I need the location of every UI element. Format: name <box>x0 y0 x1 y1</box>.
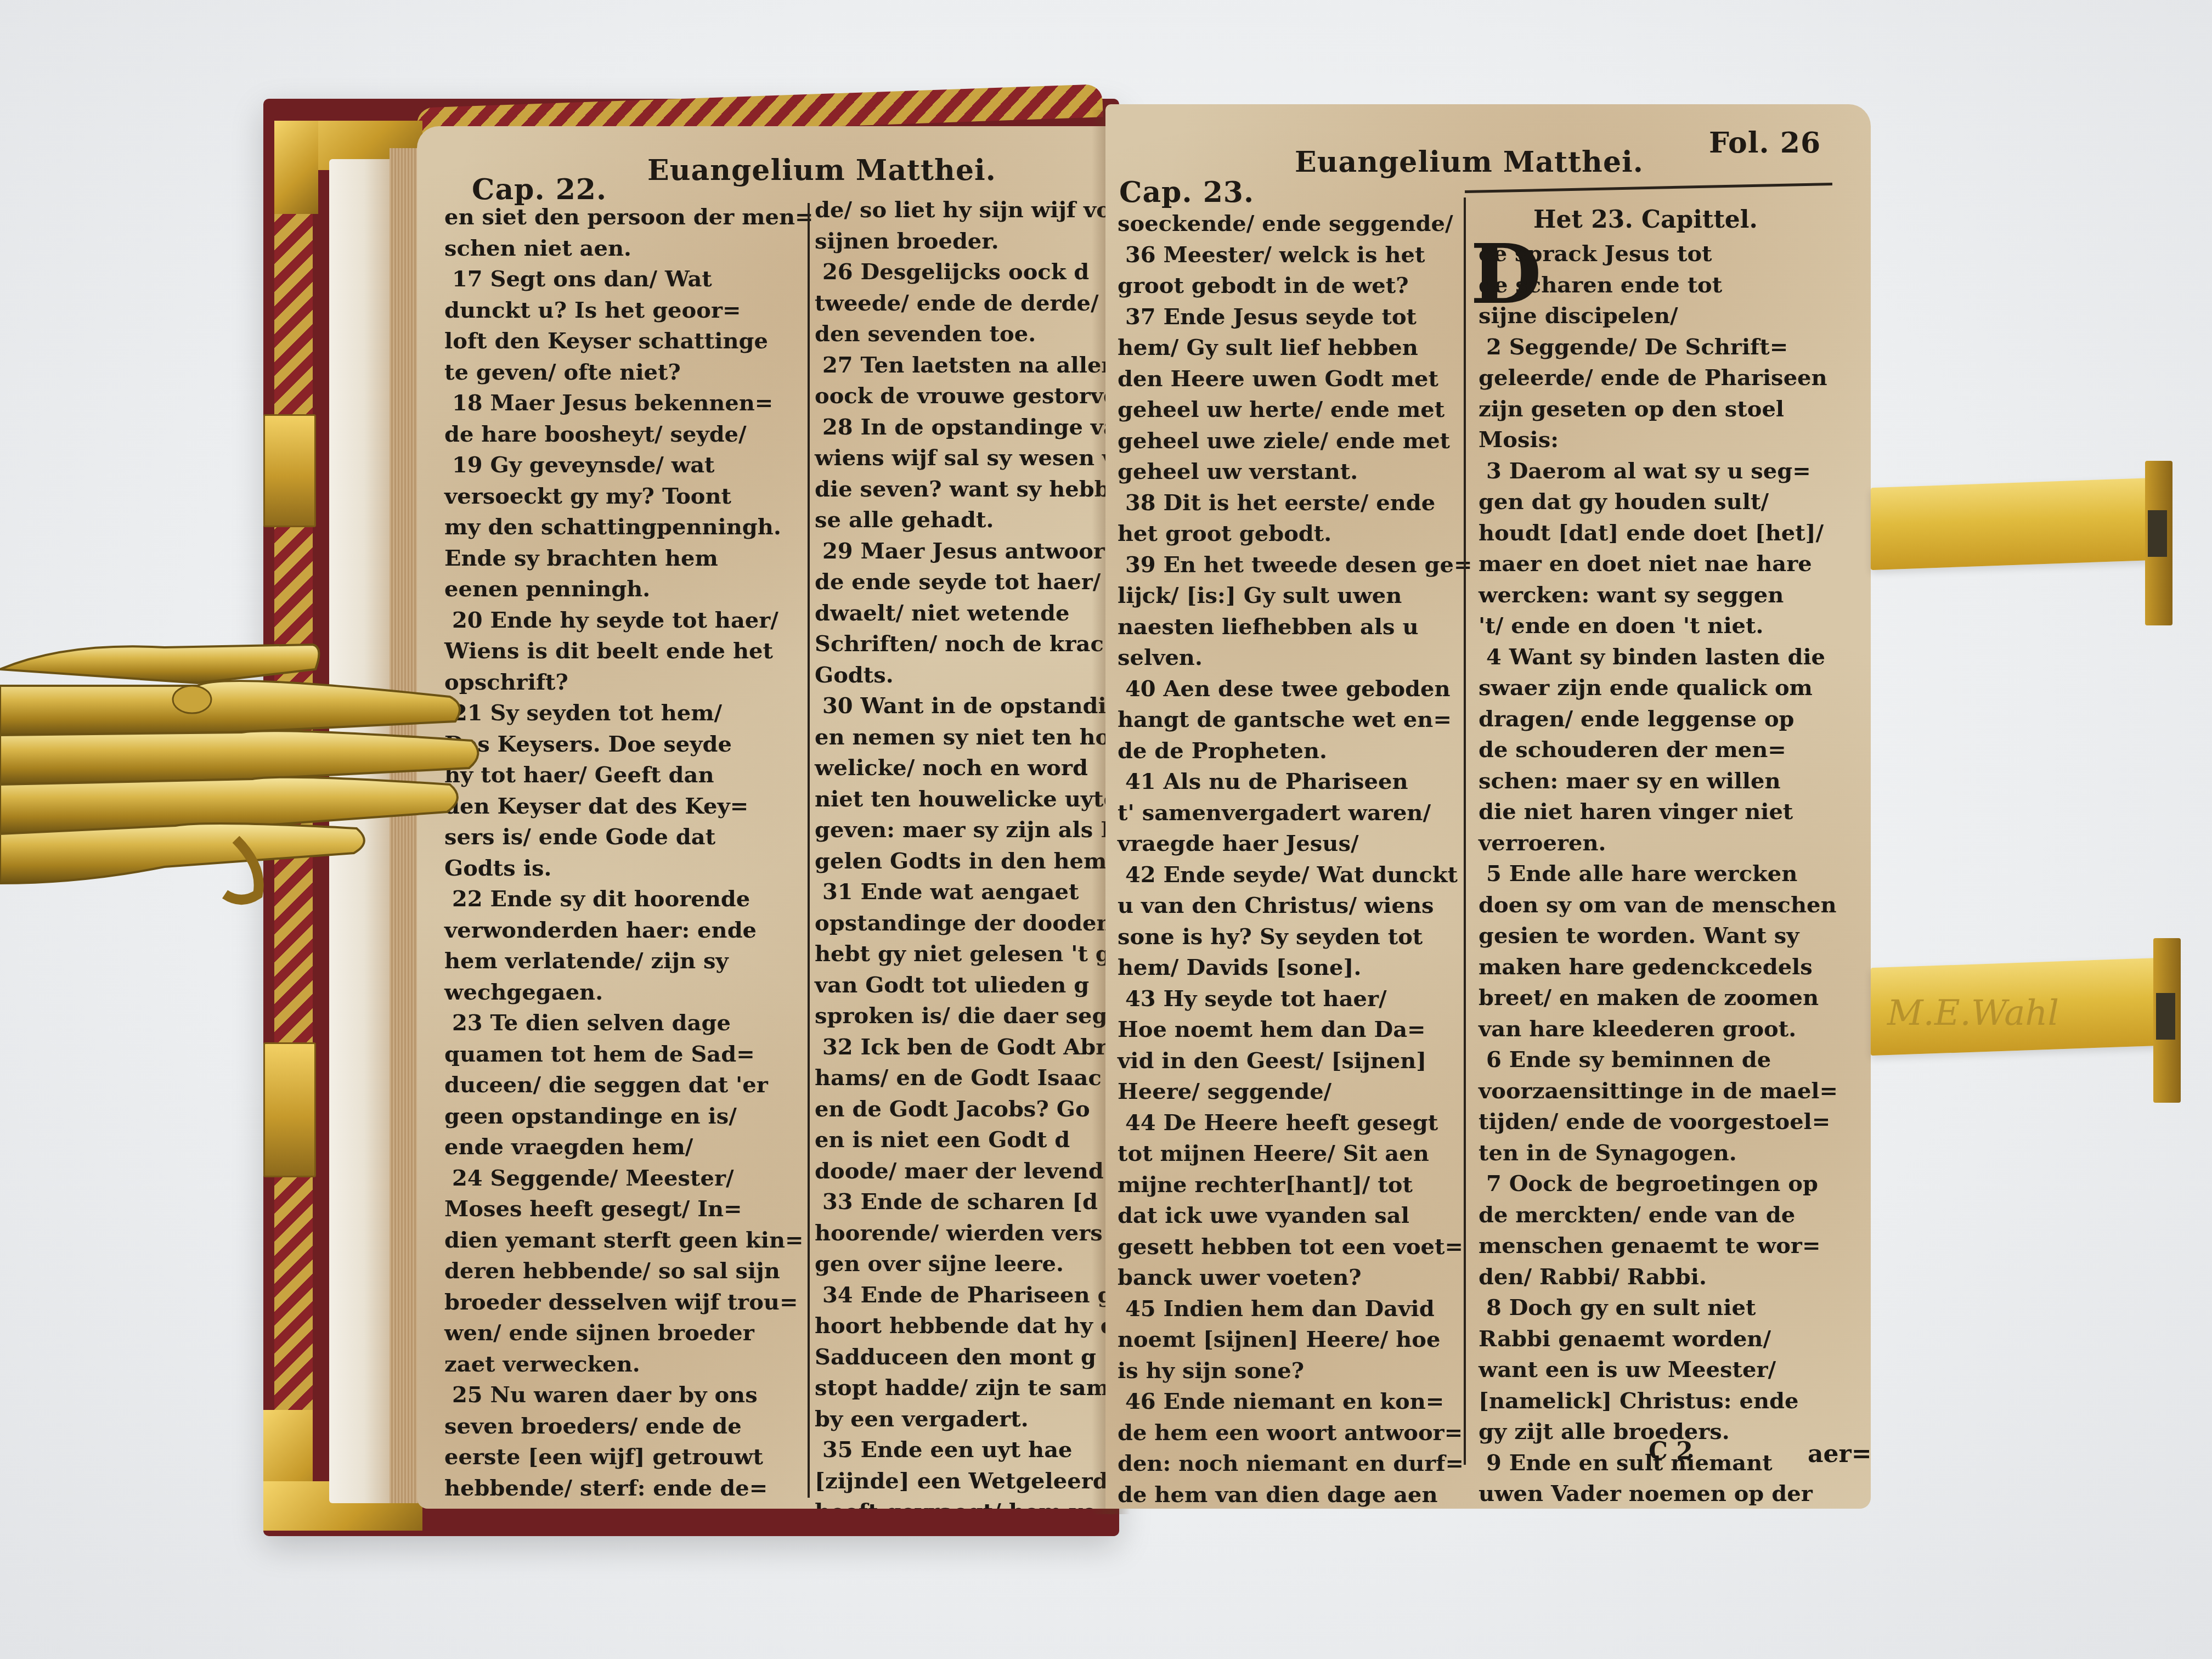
text-line: Ende sy brachten hem <box>444 543 785 574</box>
text-line: de merckten/ ende van de <box>1479 1200 1863 1231</box>
text-line: hem/ Gy sult lief hebben <box>1118 332 1458 364</box>
text-line: niet ten houwelicke uytg <box>815 784 1125 815</box>
text-line: geleerde/ ende de Phariseen <box>1479 363 1863 394</box>
folio-number: Fol. 26 <box>1709 126 1821 160</box>
right-page: Cap. 23. Euangelium Matthei. Fol. 26 soe… <box>1105 104 1871 1509</box>
text-line: 21 Sy seyden tot hem/ <box>444 698 785 729</box>
text-line: zijn geseten op den stoel <box>1479 394 1863 425</box>
text-line: 45 Indien hem dan David <box>1118 1294 1458 1325</box>
text-line: 43 Hy seyde tot haer/ <box>1118 984 1458 1015</box>
text-line: breet/ en maken de zoomen <box>1479 983 1863 1014</box>
text-line: ten in de Synagogen. <box>1479 1138 1863 1169</box>
text-line: 32 Ick ben de Godt Abr <box>815 1032 1125 1063</box>
text-line: de de Propheten. <box>1118 736 1458 767</box>
text-line: wen/ ende sijnen broeder <box>444 1318 785 1349</box>
text-line: geheel uwe ziele/ ende met <box>1118 426 1458 457</box>
text-line: 18 Maer Jesus bekennen= <box>444 388 785 419</box>
left-page: Cap. 22. Euangelium Matthei. en siet den… <box>417 126 1125 1509</box>
text-line: 28 In de opstandinge van <box>815 412 1125 443</box>
text-line: t' samenvergadert waren/ <box>1118 798 1458 829</box>
brass-hand-page-holder <box>0 609 483 916</box>
text-line: gesien te worden. Want sy <box>1479 921 1863 952</box>
text-line: soeckende/ ende seggende/ <box>1118 208 1458 240</box>
text-line: dwaelt/ niet wetende <box>815 598 1125 629</box>
text-line: 34 Ende de Phariseen g <box>815 1280 1125 1311</box>
text-line: welicke/ noch en word <box>815 753 1125 784</box>
text-line: houdt [dat] ende doet [het]/ <box>1479 518 1863 549</box>
text-line: de scharen ende tot <box>1479 270 1863 301</box>
text-line: wercken: want sy seggen <box>1479 580 1863 611</box>
catchword: aer= <box>1808 1440 1871 1468</box>
text-line: den: noch niemant en durf= <box>1118 1448 1458 1480</box>
clasp-hinge-lower <box>2156 993 2175 1040</box>
text-line: van hare kleederen groot. <box>1479 1014 1863 1045</box>
text-line: eenen penningh. <box>444 574 785 605</box>
text-line: 23 Te dien selven dage <box>444 1008 785 1039</box>
text-line: 27 Ten laetsten na allen <box>815 350 1125 381</box>
text-line: sers is/ ende Gode dat <box>444 822 785 853</box>
text-line: Rabbi genaemt worden/ <box>1479 1324 1863 1355</box>
text-line: Wiens is dit beelt ende het <box>444 636 785 667</box>
text-line: heeft gevraegt/ hem ve <box>815 1497 1125 1509</box>
text-line: 41 Als nu de Phariseen <box>1118 766 1458 798</box>
text-line: Godts. <box>815 660 1125 691</box>
text-line: die niet haren vinger niet <box>1479 797 1863 828</box>
column-divider <box>808 203 810 1498</box>
text-line: de hare boosheyt/ seyde/ <box>444 419 785 450</box>
clasp-catch-lower <box>263 1042 316 1177</box>
text-line: van Godt tot ulieden g <box>815 970 1125 1001</box>
text-line: oe sprack Jesus tot <box>1479 239 1863 270</box>
text-line: het groot gebodt. <box>1118 518 1458 550</box>
text-line: geheel uw verstant. <box>1118 456 1458 488</box>
text-line: Sadduceen den mont g <box>815 1342 1125 1373</box>
text-line: banck uwer voeten? <box>1118 1262 1458 1294</box>
text-line: opschrift? <box>444 667 785 698</box>
text-line: eerste [een wijf] getrouwt <box>444 1442 785 1473</box>
text-line: want een is uw Meester/ <box>1479 1355 1863 1386</box>
left-page-column-1: en siet den persoon der men=schen niet a… <box>444 202 785 1509</box>
text-line: 26 Desgelijcks oock d <box>815 257 1125 288</box>
right-chapter-label: Cap. 23. <box>1119 176 1254 209</box>
signature-mark: C 2 <box>1649 1437 1693 1465</box>
text-line: tweede/ ende de derde/ to <box>815 288 1125 319</box>
text-line: voorzaensittinge in de mael= <box>1479 1076 1863 1107</box>
text-line: groot gebodt in de wet? <box>1118 270 1458 302</box>
text-line: schen niet aen. <box>444 233 785 264</box>
text-line: de ende seyde tot haer/ G <box>815 567 1125 598</box>
text-line: 29 Maer Jesus antwoor <box>815 536 1125 567</box>
text-line: 7 Oock de begroetingen op <box>1479 1169 1863 1200</box>
text-line: 19 Gy geveynsde/ wat <box>444 450 785 481</box>
text-line: 39 En het tweede desen ge= <box>1118 550 1458 581</box>
text-line: hoort hebbende dat hy d <box>815 1311 1125 1342</box>
text-line: geen opstandinge en is/ <box>444 1101 785 1132</box>
text-line: hem/ Davids [sone]. <box>1118 952 1458 984</box>
text-line: versoeckt gy my? Toont <box>444 481 785 512</box>
text-line: dien yemant sterft geen kin= <box>444 1225 785 1256</box>
text-line: 3 Daerom al wat sy u seg= <box>1479 456 1863 487</box>
text-line: 8 Doch gy en sult niet <box>1479 1293 1863 1324</box>
text-line: verwonderden haer: ende <box>444 915 785 946</box>
text-line: doode/ maer der levend <box>815 1156 1125 1187</box>
text-line: 25 Nu waren daer by ons <box>444 1380 785 1411</box>
text-line: dragen/ ende leggense op <box>1479 704 1863 735</box>
text-line: noemt [sijnen] Heere/ hoe <box>1118 1324 1458 1356</box>
text-line: 42 Ende seyde/ Wat dunckt <box>1118 860 1458 891</box>
text-line: sproken is/ die daer seg <box>815 1001 1125 1032</box>
text-line: 17 Segt ons dan/ Wat <box>444 264 785 295</box>
text-line: lijck/ [is:] Gy sult uwen <box>1118 580 1458 612</box>
text-line: wijle hy geen zaet en had= <box>444 1504 785 1509</box>
text-line: 4 Want sy binden lasten die <box>1479 642 1863 673</box>
text-line: gesett hebben tot een voet= <box>1118 1232 1458 1263</box>
text-line: 31 Ende wat aengaet <box>815 877 1125 908</box>
text-line: Moses heeft gesegt/ In= <box>444 1194 785 1225</box>
text-line: de hem een woort antwoor= <box>1118 1418 1458 1449</box>
text-line: sijne discipelen/ <box>1479 301 1863 332</box>
text-line: 24 Seggende/ Meester/ <box>444 1163 785 1194</box>
text-line: naesten liefhebben als u <box>1118 612 1458 643</box>
text-line: stopt hadde/ zijn te sam <box>815 1373 1125 1404</box>
text-line: swaer zijn ende qualick om <box>1479 673 1863 704</box>
text-line: vid in den Geest/ [sijnen] <box>1118 1046 1458 1077</box>
text-line: geheel uw herte/ ende met <box>1118 394 1458 426</box>
clasp-hinge-upper <box>2148 510 2167 557</box>
text-line: [namelick] Christus: ende <box>1479 1386 1863 1417</box>
text-line: 30 Want in de opstandin <box>815 691 1125 722</box>
text-line: oock de vrouwe gestorven <box>815 381 1125 412</box>
text-line: maer en doet niet nae hare <box>1479 549 1863 580</box>
left-chapter-label: Cap. 22. <box>472 173 607 206</box>
text-line: en de Godt Jacobs? Go <box>815 1094 1125 1125</box>
text-line: is hy sijn sone? <box>1118 1356 1458 1387</box>
text-line: menschen genaemt te wor= <box>1479 1231 1863 1262</box>
text-line: 2 Seggende/ De Schrift= <box>1479 332 1863 363</box>
text-line: geven: maer sy zijn als En <box>815 815 1125 846</box>
text-line: Schriften/ noch de krac <box>815 629 1125 660</box>
text-line: selven. <box>1118 642 1458 674</box>
chapter-heading: Het 23. Capittel. <box>1533 206 1758 234</box>
text-line: te geven/ ofte niet? <box>444 357 785 388</box>
text-line: tot mijnen Heere/ Sit aen <box>1118 1138 1458 1170</box>
text-line: 38 Dit is het eerste/ ende <box>1118 488 1458 519</box>
text-line: mijne rechter[hant]/ tot <box>1118 1170 1458 1201</box>
text-line: broeder desselven wijf trou= <box>444 1287 785 1318</box>
heading-rule <box>1465 183 1832 193</box>
text-line: [zijnde] een Wetgeleerd <box>815 1466 1125 1497</box>
text-line: 46 Ende niemant en kon= <box>1118 1386 1458 1418</box>
text-line: Des Keysers. Doe seyde <box>444 729 785 760</box>
text-line: zaet verwecken. <box>444 1349 785 1380</box>
text-line: by een vergadert. <box>815 1404 1125 1435</box>
text-line: en is niet een Godt d <box>815 1125 1125 1156</box>
right-page-column-2: oe sprack Jesus totde scharen ende totsi… <box>1479 239 1863 1509</box>
text-line: hangt de gantsche wet en= <box>1118 704 1458 736</box>
text-line: dat ick uwe vyanden sal <box>1118 1200 1458 1232</box>
clasp-strap-upper <box>1871 478 2156 570</box>
text-line: sijnen broeder. <box>815 226 1125 257</box>
text-line: en siet den persoon der men= <box>444 202 785 233</box>
text-line: hebbende/ sterf: ende de= <box>444 1473 785 1504</box>
text-line: 44 De Heere heeft gesegt <box>1118 1108 1458 1139</box>
text-line: hy tot haer/ Geeft dan <box>444 760 785 791</box>
brass-corner-top-left-vertical <box>274 121 318 214</box>
text-line: u van den Christus/ wiens <box>1118 890 1458 922</box>
text-line: 37 Ende Jesus seyde tot <box>1118 302 1458 333</box>
text-line: 35 Ende een uyt hae <box>815 1435 1125 1466</box>
text-line: doen sy om van de menschen <box>1479 890 1863 921</box>
text-line: my den schattingpenningh. <box>444 512 785 543</box>
text-line: schen: maer sy en willen <box>1479 766 1863 797</box>
text-line: sone is hy? Sy seyden tot <box>1118 922 1458 953</box>
text-line: 6 Ende sy beminnen de <box>1479 1045 1863 1076</box>
text-line: de/ so liet hy sijn wijf voo <box>815 195 1125 226</box>
text-line: vraegde haer Jesus/ <box>1118 828 1458 860</box>
left-page-column-2: de/ so liet hy sijn wijf voosijnen broed… <box>815 195 1125 1509</box>
text-line: dunckt u? Is het geoor= <box>444 295 785 326</box>
left-running-title: Euangelium Matthei. <box>647 154 996 187</box>
column-divider <box>1464 198 1466 1465</box>
text-line: seven broeders/ ende de <box>444 1411 785 1442</box>
text-line: den/ Rabbi/ Rabbi. <box>1479 1262 1863 1293</box>
text-line: hams/ en de Godt Isaac <box>815 1063 1125 1094</box>
text-line: opstandinge der dooden/ <box>815 908 1125 939</box>
text-line: duceen/ die seggen dat 'er <box>444 1070 785 1101</box>
right-page-column-1: soeckende/ ende seggende/ 36 Meester/ we… <box>1118 208 1458 1509</box>
text-line: quamen tot hem de Sad= <box>444 1039 785 1070</box>
text-line: 5 Ende alle hare wercken <box>1479 859 1863 890</box>
text-line: hem verlatende/ zijn sy <box>444 946 785 977</box>
text-line: hebt gy niet gelesen 't ge <box>815 939 1125 970</box>
text-line: die seven? want sy hebben <box>815 474 1125 505</box>
text-line: 33 Ende de scharen [d <box>815 1187 1125 1218</box>
text-line: den sevenden toe. <box>815 319 1125 350</box>
text-line: 40 Aen dese twee geboden <box>1118 674 1458 705</box>
text-line: ende vraegden hem/ <box>444 1132 785 1163</box>
text-line: gen over sijne leere. <box>815 1249 1125 1280</box>
text-line: 't/ ende en doen 't niet. <box>1479 611 1863 642</box>
text-line: wechgegaen. <box>444 977 785 1008</box>
text-line: 22 Ende sy dit hoorende <box>444 884 785 915</box>
text-line: maken hare gedenckcedels <box>1479 952 1863 983</box>
text-line: Heere/ seggende/ <box>1118 1076 1458 1108</box>
text-line: verroeren. <box>1479 828 1863 859</box>
text-line: den Heere uwen Godt met <box>1118 364 1458 395</box>
text-line: wiens wijf sal sy wesen va <box>815 443 1125 474</box>
text-line: en nemen sy niet ten ho <box>815 722 1125 753</box>
right-running-title: Euangelium Matthei. <box>1295 145 1644 179</box>
text-line: Hoe noemt hem dan Da= <box>1118 1014 1458 1046</box>
text-line: gen dat gy houden sult/ <box>1479 487 1863 518</box>
text-line: deren hebbende/ so sal sijn <box>444 1256 785 1287</box>
text-line: se alle gehadt. <box>815 505 1125 536</box>
clasp-engraving: M.E.Wahl <box>1887 993 2059 1034</box>
text-line: Mosis: <box>1479 425 1863 456</box>
text-line: de hem van dien dage aen <box>1118 1480 1458 1509</box>
clasp-catch-upper <box>263 414 316 527</box>
text-line: gelen Godts in den hem <box>815 846 1125 877</box>
text-line: de schouderen der men= <box>1479 735 1863 766</box>
text-line: uwen Vader noemen op der <box>1479 1479 1863 1509</box>
text-line: den Keyser dat des Key= <box>444 791 785 822</box>
text-line: 36 Meester/ welck is het <box>1118 240 1458 271</box>
text-line: 20 Ende hy seyde tot haer/ <box>444 605 785 636</box>
text-line: tijden/ ende de voorgestoel= <box>1479 1107 1863 1138</box>
text-line: Godts is. <box>444 853 785 884</box>
text-line: loft den Keyser schattinge <box>444 326 785 357</box>
text-line: hoorende/ wierden vers <box>815 1218 1125 1249</box>
